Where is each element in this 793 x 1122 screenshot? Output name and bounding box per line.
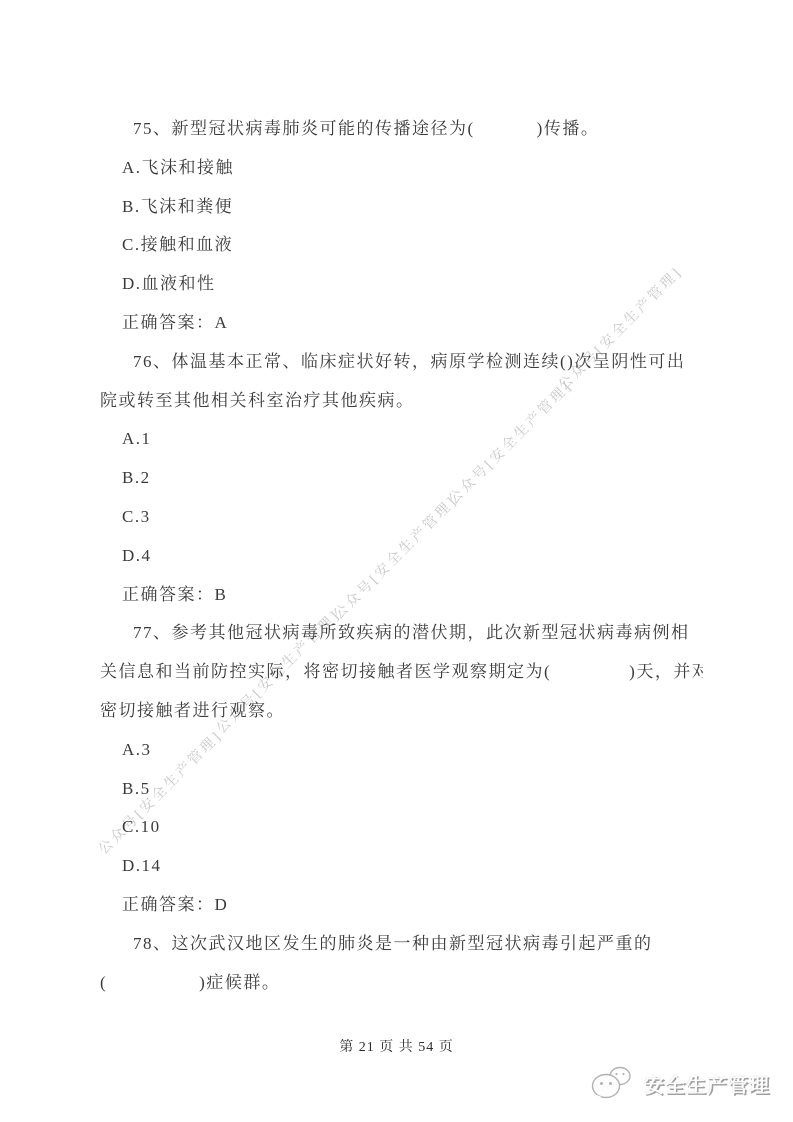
option-item-a: A.飞沫和接触: [100, 149, 703, 188]
question-block-75: 75、新型冠状病毒肺炎可能的传播途径为()传播。 A.飞沫和接触 B.飞沫和粪便…: [100, 110, 703, 343]
answer-blank: [551, 675, 629, 677]
option-item-b: B.5: [100, 770, 703, 809]
question-stem-line: 院或转至其他相关科室治疗其他疾病。: [100, 382, 703, 421]
stem-text-after-blank: )症候群。: [199, 973, 280, 992]
option-item-d: D.4: [100, 537, 703, 576]
option-item-a: A.1: [100, 420, 703, 459]
page-number: 第 21 页 共 54 页: [0, 1036, 793, 1056]
document-page: { "colors": { "body_text": "#3b3b3b", "w…: [0, 0, 793, 1122]
question-stem-line: 密切接触者进行观察。: [100, 692, 703, 731]
stem-text-before-blank: 关信息和当前防控实际，将密切接触者医学观察期定为(: [100, 662, 551, 681]
option-item-b: B.2: [100, 459, 703, 498]
option-item-d: D.14: [100, 847, 703, 886]
question-stem-line: ()症候群。: [100, 964, 703, 1003]
stem-text-after-blank: )传播。: [537, 119, 600, 138]
question-stem-line: 75、新型冠状病毒肺炎可能的传播途径为()传播。: [100, 110, 703, 149]
question-block-76: 76、体温基本正常、临床症状好转，病原学检测连续()次呈阴性可出 院或转至其他相…: [100, 343, 703, 615]
brand-name: 安全生产管理: [644, 1069, 770, 1098]
answer-line: 正确答案：A: [100, 304, 703, 343]
stem-text-before-blank: (: [100, 973, 107, 992]
option-item-b: B.飞沫和粪便: [100, 188, 703, 227]
questions-area: 75、新型冠状病毒肺炎可能的传播途径为()传播。 A.飞沫和接触 B.飞沫和粪便…: [100, 110, 703, 1002]
question-block-78: 78、这次武汉地区发生的肺炎是一种由新型冠状病毒引起严重的 ()症候群。: [100, 925, 703, 1003]
answer-line: 正确答案：B: [100, 576, 703, 615]
stem-text-after-blank: )天，并对: [629, 662, 703, 681]
question-stem-line: 78、这次武汉地区发生的肺炎是一种由新型冠状病毒引起严重的: [100, 925, 703, 964]
brand-logo: 安全生产管理: [589, 1064, 770, 1102]
answer-line: 正确答案：D: [100, 886, 703, 925]
option-item-c: C.接触和血液: [100, 226, 703, 265]
stem-text-before-blank: 75、新型冠状病毒肺炎可能的传播途径为(: [133, 119, 475, 138]
option-item-c: C.3: [100, 498, 703, 537]
answer-blank: [107, 986, 199, 988]
option-item-a: A.3: [100, 731, 703, 770]
question-stem-line: 关信息和当前防控实际，将密切接触者医学观察期定为()天，并对: [100, 653, 703, 692]
question-stem-line: 76、体温基本正常、临床症状好转，病原学检测连续()次呈阴性可出: [100, 343, 703, 382]
answer-blank: [475, 132, 537, 134]
question-stem-line: 77、参考其他冠状病毒所致疾病的潜伏期，此次新型冠状病毒病例相: [100, 614, 703, 653]
question-block-77: 77、参考其他冠状病毒所致疾病的潜伏期，此次新型冠状病毒病例相 关信息和当前防控…: [100, 614, 703, 924]
wechat-icon: [589, 1064, 637, 1102]
option-item-c: C.10: [100, 808, 703, 847]
option-item-d: D.血液和性: [100, 265, 703, 304]
